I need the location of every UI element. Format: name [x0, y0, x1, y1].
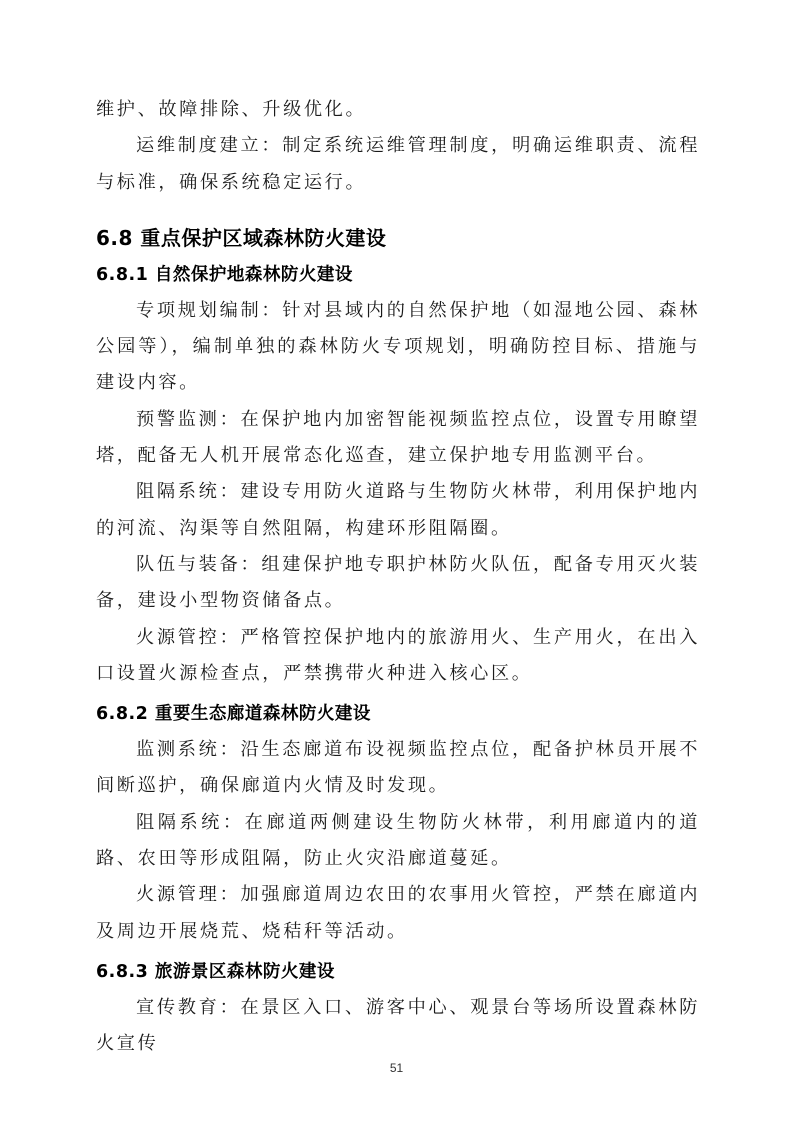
- paragraph-team-equipment: 队伍与装备：组建保护地专职护林防火队伍，配备专用灭火装备，建设小型物资储备点。: [96, 547, 700, 620]
- paragraph-barrier-system: 阻隔系统：建设专用防火道路与生物防火林带，利用保护地内的河流、沟渠等自然阻隔，构…: [96, 474, 700, 547]
- subsection-heading-6-8-3: 6.8.3 旅游景区森林防火建设: [96, 954, 700, 990]
- page-number: 51: [0, 1061, 793, 1075]
- subsection-heading-6-8-1: 6.8.1 自然保护地森林防火建设: [96, 257, 700, 293]
- section-heading-6-8: 6.8 重点保护区域森林防火建设: [96, 219, 700, 257]
- paragraph-publicity-education: 宣传教育：在景区入口、游客中心、观景台等场所设置森林防火宣传: [96, 990, 700, 1063]
- paragraph-special-planning: 专项规划编制：针对县域内的自然保护地（如湿地公园、森林公园等），编制单独的森林防…: [96, 293, 700, 402]
- subsection-heading-6-8-2: 6.8.2 重要生态廊道森林防火建设: [96, 696, 700, 732]
- paragraph-early-warning: 预警监测：在保护地内加密智能视频监控点位，设置专用瞭望塔，配备无人机开展常态化巡…: [96, 402, 700, 475]
- document-page: 维护、故障排除、升级优化。 运维制度建立：制定系统运维管理制度，明确运维职责、流…: [96, 92, 700, 1063]
- paragraph-corridor-barrier: 阻隔系统：在廊道两侧建设生物防火林带，利用廊道内的道路、农田等形成阻隔，防止火灾…: [96, 805, 700, 878]
- paragraph-corridor-monitoring: 监测系统：沿生态廊道布设视频监控点位，配备护林员开展不间断巡护，确保廊道内火情及…: [96, 732, 700, 805]
- paragraph-corridor-fire-management: 火源管理：加强廊道周边农田的农事用火管控，严禁在廊道内及周边开展烧荒、烧秸秆等活…: [96, 877, 700, 950]
- ops-system-paragraph: 运维制度建立：制定系统运维管理制度，明确运维职责、流程与标准，确保系统稳定运行。: [96, 128, 700, 201]
- paragraph-fire-source-control: 火源管控：严格管控保护地内的旅游用火、生产用火，在出入口设置火源检查点，严禁携带…: [96, 620, 700, 693]
- continuation-paragraph: 维护、故障排除、升级优化。: [96, 92, 700, 128]
